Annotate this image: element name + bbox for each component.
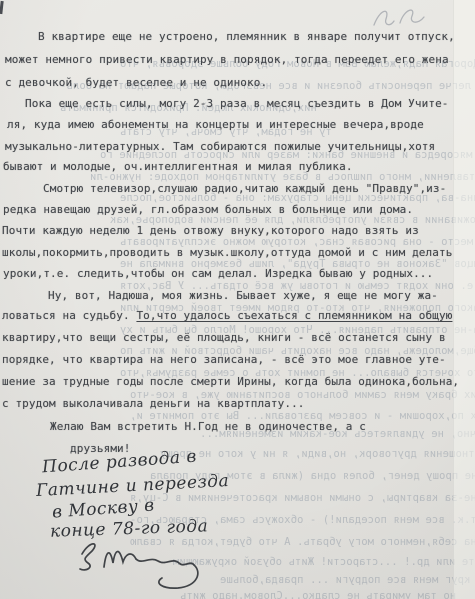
typed-line: Ну, вот, Надюша, моя жизнь. Бывает хуже,… — [48, 289, 438, 302]
typed-line: бывают и молодые, оч.интеллигентная и ми… — [3, 160, 353, 173]
typed-line: музыкально-литературных. Там собираются … — [5, 140, 435, 153]
typed-line: Смотрю телевизор,слушаю радио,читаю кажд… — [43, 182, 446, 195]
scan-edge-band — [453, 0, 475, 599]
typed-line: ловаться на судьбу. То,что удалось съеха… — [2, 309, 452, 322]
signature-icon — [66, 536, 226, 596]
typed-line: с трудом выколачивала деньги на квартпла… — [2, 397, 305, 410]
typed-line: ля, куда имею абонементы на концерты и и… — [7, 118, 424, 131]
typed-line: школы,покормить,проводить в музык.школу,… — [2, 246, 452, 259]
typed-line: Пока еще есть силы, могу 2-3 раза в меся… — [25, 97, 449, 110]
typed-line: редка навещаю друзей, гл.образом больных… — [3, 203, 413, 216]
typed-line: может немного привести квартиру в порядо… — [5, 53, 449, 66]
typed-line: с девочкой, будет веселее и не одиноко. — [5, 76, 267, 89]
bleedthrough-fragment: У меня пока отношения друговорк, но,види… — [160, 448, 475, 460]
typed-line: порядке, что квартира на него записана, … — [2, 353, 446, 366]
bleedthrough-fragment: после суда не-за квартиры, с оными новым… — [130, 492, 475, 504]
bleedthrough-fragment: круг меня все подруги ... правда,больше — [220, 574, 470, 586]
typed-line: шение за трудные годы после смерти Ирины… — [2, 375, 459, 388]
underlined-phrase: То,что удалось съехаться с племянником н… — [136, 309, 452, 322]
typed-line: квартиру,что вещи сестры, её площадь, кн… — [2, 331, 446, 344]
scanned-letter-page: 29/ХП. Дорогая Надя,желаю Вам в Новом Го… — [0, 0, 475, 599]
pencil-squiggle-icon — [366, 1, 438, 35]
corner-mark-icon — [0, 1, 4, 14]
typed-line: Почти каждую неделю 1 день отвожу внуку,… — [2, 224, 419, 237]
typed-line: уроки,т.е. следить,чтобы он сам делал. И… — [3, 267, 433, 280]
typed-line: Желаю Вам встретить Н.Год не в одиночест… — [50, 420, 366, 433]
